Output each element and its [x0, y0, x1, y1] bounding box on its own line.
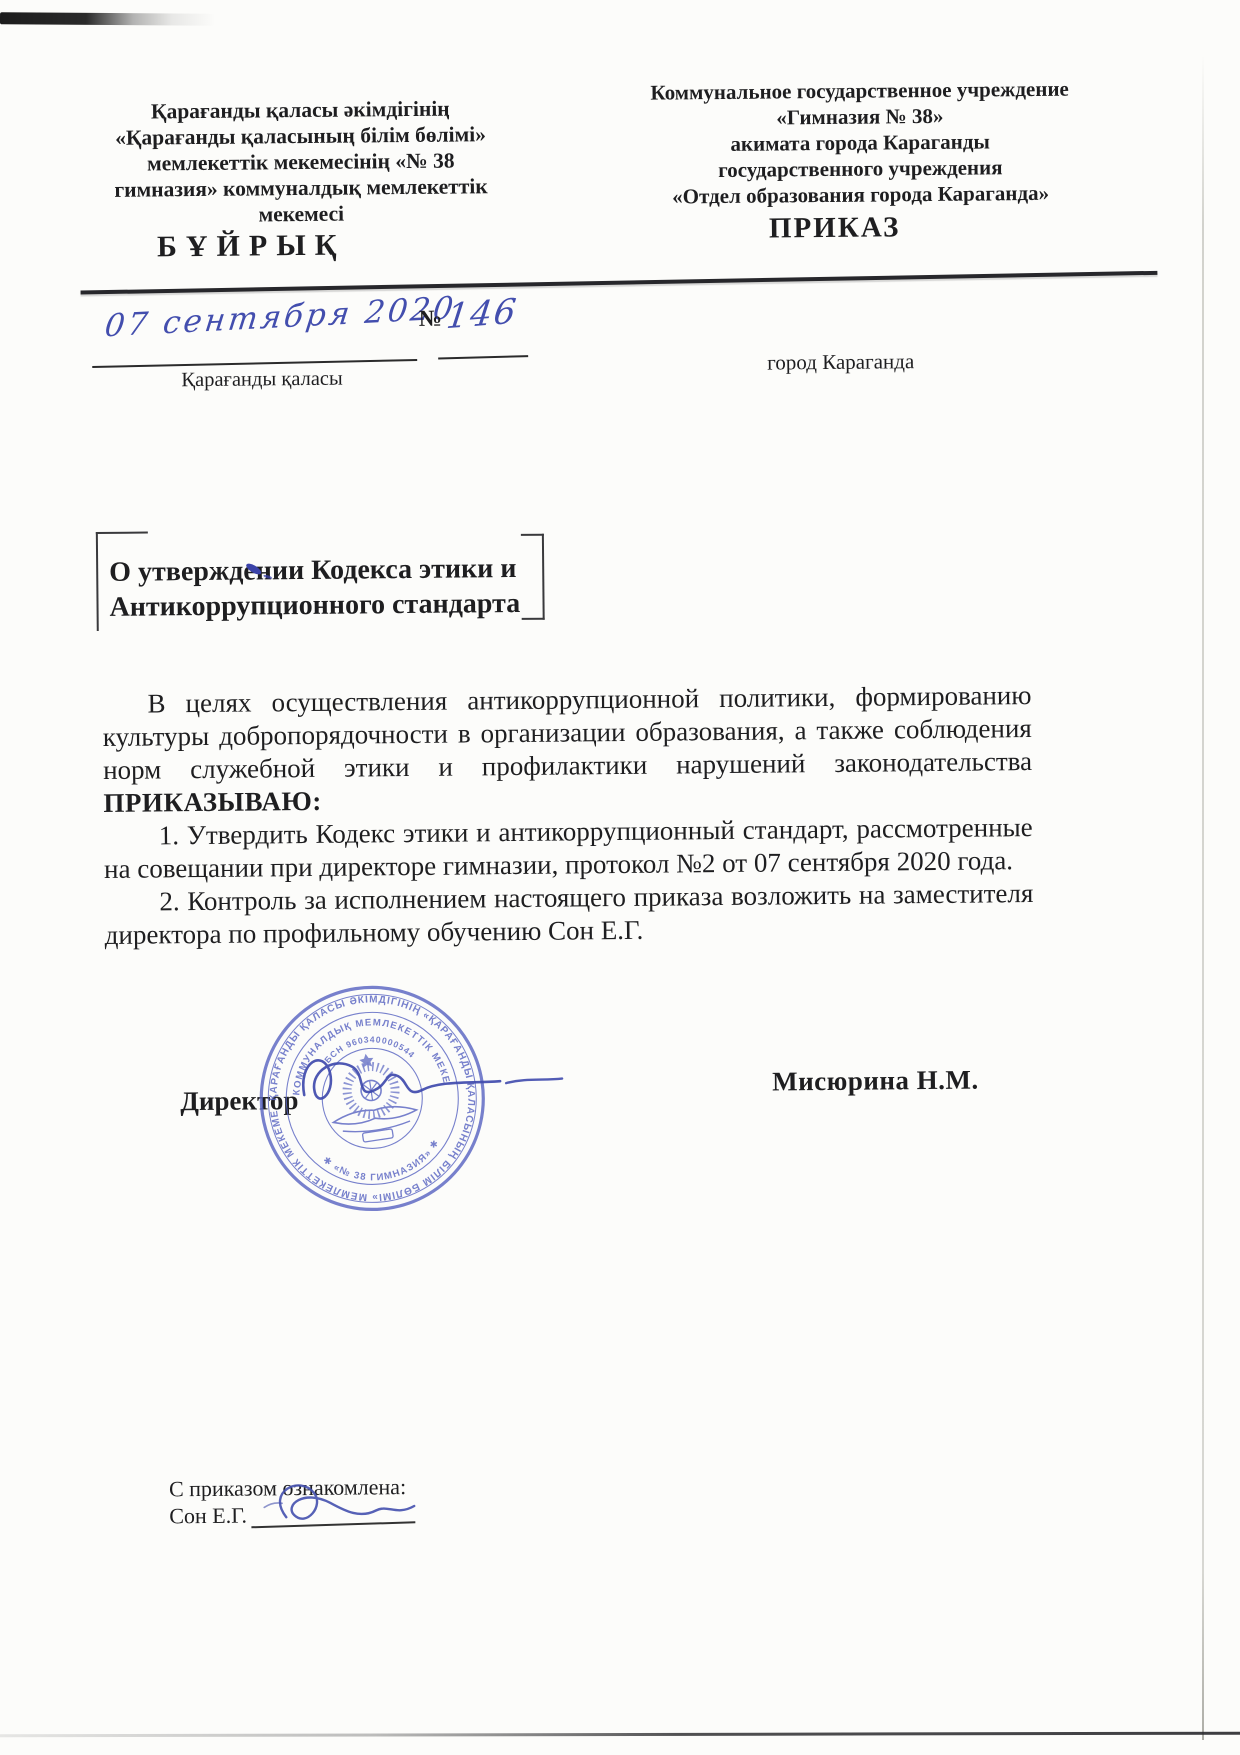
letterhead-kk-line: мекемесі	[79, 199, 524, 229]
place-russian: город Караганда	[767, 349, 914, 375]
acknowledgment-name: Сон Е.Г.	[169, 1503, 247, 1530]
handwritten-number: 146	[444, 291, 520, 337]
acknowledgment-signature	[256, 1472, 447, 1544]
number-sign: №	[419, 306, 442, 332]
document-content: Қарағанды қаласы әкімдігінің «Қарағанды …	[0, 0, 1240, 1755]
ink-blot	[245, 563, 275, 585]
header-divider-rule	[81, 271, 1158, 295]
order-title-kazakh: БҰЙРЫҚ	[157, 229, 346, 265]
place-kazakh: Қарағанды қаласы	[181, 368, 343, 393]
order-title-russian: ПРИКАЗ	[769, 211, 901, 245]
subject-line: Антикоррупционного стандарта	[109, 586, 549, 625]
order-subject: О утверждении Кодекса этики и Антикорруп…	[109, 551, 550, 625]
director-signature	[290, 1030, 591, 1143]
letterhead-ru-line: Коммунальное государственное учреждение	[615, 75, 1105, 106]
letterhead-ru-line: «Отдел образования города Караганда»	[616, 179, 1106, 210]
order-body: В целях осуществления антикоррупционной …	[102, 679, 1033, 952]
letterhead-russian: Коммунальное государственное учреждение …	[615, 75, 1106, 210]
handwritten-date: 07 сентября 2020	[103, 290, 458, 344]
scanned-order-page: Қарағанды қаласы әкімдігінің «Қарағанды …	[0, 0, 1240, 1755]
signer-name: Мисюрина Н.М.	[772, 1065, 979, 1098]
subject-line: О утверждении Кодекса этики и	[109, 551, 549, 590]
letterhead-kk-line: гимназия» коммуналдық мемлекеттік	[78, 173, 523, 203]
letterhead-kazakh: Қарағанды қаласы әкімдігінің «Қарағанды …	[78, 95, 524, 229]
letterhead-kk-line: «Қарағанды қаласының білім бөлімі»	[78, 121, 523, 151]
number-underline	[438, 355, 528, 359]
date-underline	[92, 359, 417, 368]
